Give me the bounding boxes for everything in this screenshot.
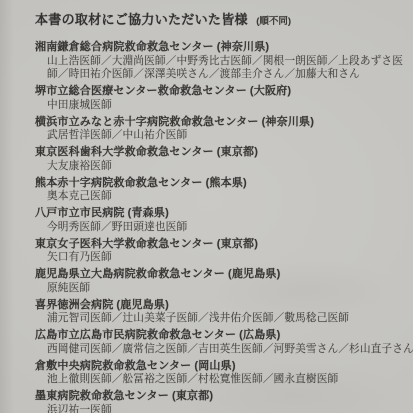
acknowledgment-entry: 喜界徳洲会病院(鹿児島県) 浦元智司医師／辻山美菜子医師／浅井佑介医師／數馬稔己… (35, 299, 405, 326)
hospital-heading: 喜界徳洲会病院(鹿児島県) (35, 299, 405, 313)
hospital-region: (広島県) (239, 329, 280, 341)
hospital-heading: 墨東病院救命救急センター(東京都) (35, 390, 405, 404)
hospital-heading: 鹿児島県立大島病院救命救急センター(鹿児島県) (35, 268, 405, 282)
doctor-names: 浜辺祐一医師 (35, 404, 405, 413)
hospital-name: 横浜市立みなと赤十字病院救命救急センター (35, 116, 259, 128)
doctor-names: 西岡健司医師／廣常信之医師／吉田英生医師／河野美雪さん／杉山直子さん (35, 343, 405, 357)
hospital-heading: 横浜市立みなと赤十字病院救命救急センター(神奈川県) (35, 116, 405, 130)
hospital-region: (鹿児島県) (228, 268, 281, 280)
hospital-name: 東京女子医科大学救命救急センター (35, 238, 214, 250)
acknowledgment-entry: 墨東病院救命救急センター(東京都) 浜辺祐一医師 (35, 390, 405, 413)
hospital-name: 東京医科歯科大学救命救急センター (35, 146, 214, 158)
hospital-region: (東京都) (217, 238, 258, 250)
hospital-region: (熊本県) (206, 177, 247, 189)
hospital-heading: 東京女子医科大学救命救急センター(東京都) (35, 238, 405, 252)
doctor-names-line: 山上浩医師／大淵尚医師／中野秀比古医師／関根一朗医師／上段あずさ医 (47, 55, 405, 69)
doctor-names: 今明秀医師／野田頭達也医師 (35, 221, 405, 235)
doctor-names-line: 浦元智司医師／辻山美菜子医師／浅井佑介医師／數馬稔己医師 (47, 312, 405, 326)
hospital-region: (神奈川県) (217, 41, 270, 53)
doctor-names-line: 西岡健司医師／廣常信之医師／吉田英生医師／河野美雪さん／杉山直子さん (47, 343, 405, 357)
hospital-name: 墨東病院救命救急センター (35, 390, 169, 402)
hospital-name: 喜界徳洲会病院 (35, 299, 113, 311)
doctor-names-line: 浜辺祐一医師 (47, 404, 405, 413)
doctor-names-line: 池上徹則医師／舩冨裕之医師／村松寛惟医師／國永直樹医師 (47, 373, 405, 387)
hospital-region: (岡山県) (194, 360, 235, 372)
acknowledgment-entry: 東京医科歯科大学救命救急センター(東京都) 大友康裕医師 (35, 146, 405, 173)
acknowledgments-page: 本書の取材にご協力いただいた皆様 (順不同) 湘南鎌倉総合病院救命救急センター(… (0, 0, 413, 413)
hospital-name: 広島市立広島市民病院救命救急センター (35, 329, 236, 341)
hospital-name: 堺市立総合医療センター救命救急センター (35, 85, 247, 97)
acknowledgment-entry: 堺市立総合医療センター救命救急センター(大阪府) 中田康城医師 (35, 85, 405, 112)
acknowledgment-entry: 鹿児島県立大島病院救命救急センター(鹿児島県) 原純医師 (35, 268, 405, 295)
acknowledgment-entry: 横浜市立みなと赤十字病院救命救急センター(神奈川県) 武居哲洋医師／中山祐介医師 (35, 116, 405, 143)
hospital-region: (東京都) (172, 390, 213, 402)
doctor-names-line: 今明秀医師／野田頭達也医師 (47, 221, 405, 235)
hospital-heading: 広島市立広島市民病院救命救急センター(広島県) (35, 329, 405, 343)
acknowledgment-entry: 広島市立広島市民病院救命救急センター(広島県) 西岡健司医師／廣常信之医師／吉田… (35, 329, 405, 356)
doctor-names-line: 中田康城医師 (47, 99, 405, 113)
page-title-text: 本書の取材にご協力いただいた皆様 (35, 12, 248, 27)
hospital-region: (大阪府) (250, 85, 291, 97)
hospital-heading: 堺市立総合医療センター救命救急センター(大阪府) (35, 85, 405, 99)
acknowledgment-entry: 東京女子医科大学救命救急センター(東京都) 矢口有乃医師 (35, 238, 405, 265)
acknowledgment-entry: 湘南鎌倉総合病院救命救急センター(神奈川県) 山上浩医師／大淵尚医師／中野秀比古… (35, 41, 405, 82)
doctor-names: 中田康城医師 (35, 99, 405, 113)
doctor-names: 池上徹則医師／舩冨裕之医師／村松寛惟医師／國永直樹医師 (35, 373, 405, 387)
doctor-names-line: 奥本克己医師 (47, 190, 405, 204)
hospital-region: (神奈川県) (262, 116, 315, 128)
doctor-names-line: 原純医師 (47, 282, 405, 296)
hospital-heading: 熊本赤十字病院救命救急センター(熊本県) (35, 177, 405, 191)
hospital-heading: 八戸市立市民病院(青森県) (35, 207, 405, 221)
hospital-name: 八戸市立市民病院 (35, 207, 125, 219)
hospital-region: (東京都) (217, 146, 258, 158)
hospital-name: 湘南鎌倉総合病院救命救急センター (35, 41, 214, 53)
acknowledgment-entry: 熊本赤十字病院救命救急センター(熊本県) 奥本克己医師 (35, 177, 405, 204)
acknowledgment-entry: 八戸市立市民病院(青森県) 今明秀医師／野田頭達也医師 (35, 207, 405, 234)
doctor-names: 奥本克己医師 (35, 190, 405, 204)
doctor-names-line: 大友康裕医師 (47, 160, 405, 174)
hospital-region: (鹿児島県) (116, 299, 169, 311)
page-title-note: (順不同) (256, 16, 291, 27)
page-title: 本書の取材にご協力いただいた皆様 (順不同) (35, 9, 405, 29)
doctor-names: 浦元智司医師／辻山美菜子医師／浅井佑介医師／數馬稔己医師 (35, 312, 405, 326)
doctor-names: 大友康裕医師 (35, 160, 405, 174)
doctor-names: 矢口有乃医師 (35, 251, 405, 265)
doctor-names: 山上浩医師／大淵尚医師／中野秀比古医師／関根一朗医師／上段あずさ医 師／時田祐介… (35, 55, 405, 82)
hospital-heading: 東京医科歯科大学救命救急センター(東京都) (35, 146, 405, 160)
hospital-name: 倉敷中央病院救命救急センター (35, 360, 191, 372)
acknowledgment-entry: 倉敷中央病院救命救急センター(岡山県) 池上徹則医師／舩冨裕之医師／村松寛惟医師… (35, 360, 405, 387)
doctor-names: 武居哲洋医師／中山祐介医師 (35, 129, 405, 143)
doctor-names-line: 武居哲洋医師／中山祐介医師 (47, 129, 405, 143)
hospital-name: 熊本赤十字病院救命救急センター (35, 177, 203, 189)
hospital-name: 鹿児島県立大島病院救命救急センター (35, 268, 225, 280)
doctor-names-line: 師／時田祐介医師／深澤美咲さん／渡部圭介さん／加藤大和さん (47, 68, 405, 82)
doctor-names-line: 矢口有乃医師 (47, 251, 405, 265)
hospital-heading: 倉敷中央病院救命救急センター(岡山県) (35, 360, 405, 374)
hospital-region: (青森県) (128, 207, 169, 219)
doctor-names: 原純医師 (35, 282, 405, 296)
hospital-heading: 湘南鎌倉総合病院救命救急センター(神奈川県) (35, 41, 405, 55)
